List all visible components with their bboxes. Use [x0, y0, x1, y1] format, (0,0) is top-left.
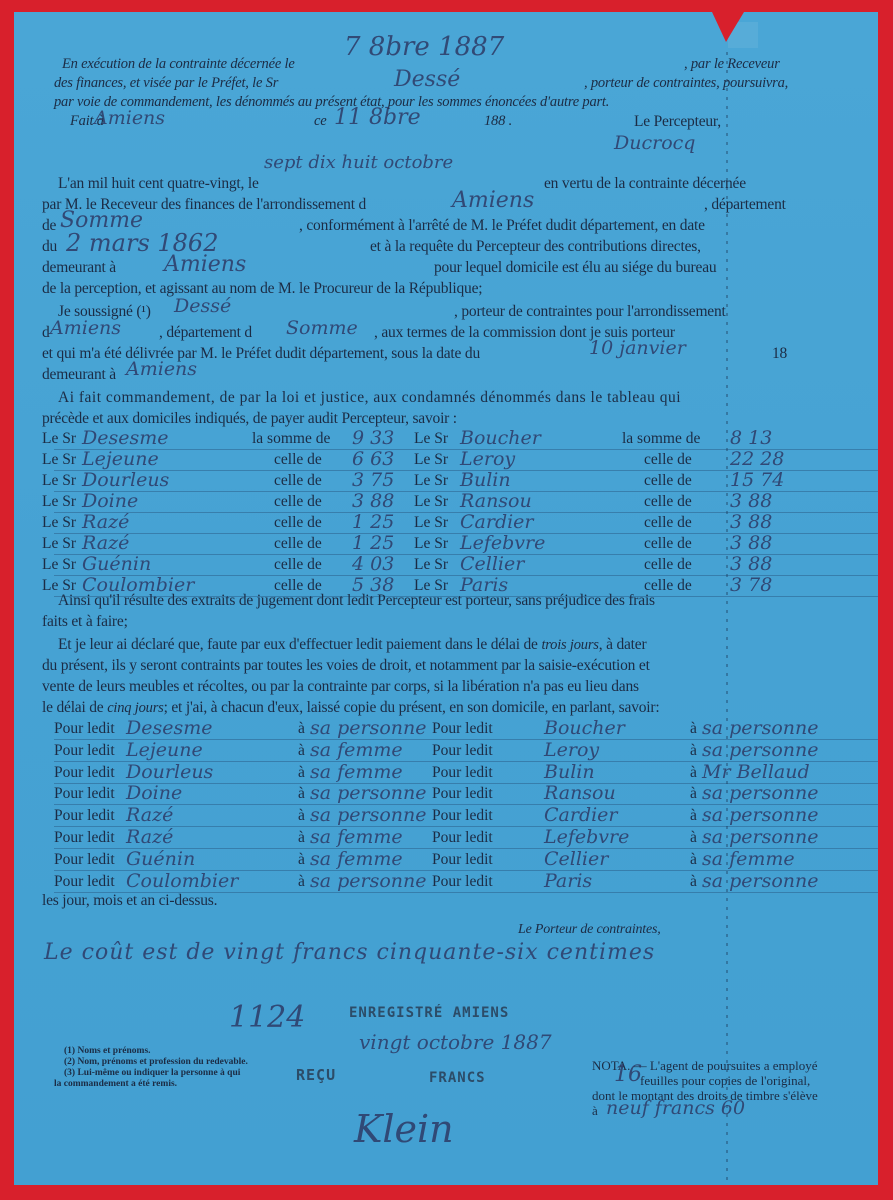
delivery-to-right: sa personne	[702, 870, 819, 892]
p2-line-2-mid: , département d	[159, 324, 252, 342]
debtor-name-left: Razé	[82, 532, 129, 554]
amount-label-right: celle de	[644, 514, 692, 532]
debtor-prefix: Le Sr	[414, 472, 448, 490]
p2-hw-arr: Amiens	[50, 317, 121, 339]
delivery-to-left: sa femme	[310, 826, 403, 848]
debtor-prefix: Le Sr	[42, 430, 76, 448]
header-line-2-end: , porteur de contraintes, poursuivra,	[584, 75, 788, 92]
debtor-amount-right: 3 88	[730, 553, 772, 575]
debtor-amount-left: 3 75	[352, 469, 394, 491]
registration-stamp: ENREGISTRÉ AMIENS	[349, 1005, 509, 1021]
mid-line-3-end: , à dater	[599, 636, 647, 653]
debtor-name-left: Doine	[82, 490, 138, 512]
header-line-1: En exécution de la contrainte décernée l…	[62, 56, 295, 73]
delivery-prefix: Pour ledit	[54, 764, 115, 782]
delivery-name-left: Lejeune	[126, 739, 203, 761]
mid-line-1: Ainsi qu'il résulte des extraits de juge…	[58, 592, 655, 610]
delivery-name-left: Desesme	[126, 717, 212, 739]
amount-label-right: celle de	[644, 451, 692, 469]
nota-amount: neuf francs 60	[606, 1097, 745, 1119]
delivery-to-left: sa personne	[310, 782, 427, 804]
p2-line-1-end: , porteur de contraintes pour l'arrondis…	[454, 303, 726, 321]
delivery-prefix: Pour ledit	[54, 873, 115, 891]
amount-label-left: celle de	[274, 514, 322, 532]
p1-du: du	[42, 238, 57, 256]
document-sheet: En exécution de la contrainte décernée l…	[14, 12, 878, 1185]
delivery-a: à	[298, 807, 305, 825]
p3-line-2: précède et aux domiciles indiqués, de pa…	[42, 410, 457, 428]
delivery-to-left: sa personne	[310, 804, 427, 826]
p1-hw-day: sept dix huit octobre	[264, 152, 453, 173]
delivery-a: à	[690, 873, 697, 891]
receiver-signature: Klein	[354, 1107, 454, 1151]
header-hw-date: 7 8bre 1887	[344, 32, 504, 62]
debtor-prefix: Le Sr	[42, 472, 76, 490]
francs-stamp: FRANCS	[429, 1070, 486, 1086]
delivery-a: à	[690, 764, 697, 782]
debtor-prefix: Le Sr	[414, 556, 448, 574]
debtor-amount-right: 3 88	[730, 532, 772, 554]
mid-line-3-text: Et je leur ai déclaré que, faute par eux…	[58, 636, 538, 653]
debtor-amount-right: 15 74	[730, 469, 784, 491]
header-ce: ce	[314, 113, 326, 130]
debtor-prefix: Le Sr	[42, 514, 76, 532]
mid-line-6-start: le délai de	[42, 699, 104, 716]
delivery-name-left: Coulombier	[126, 870, 238, 892]
debtor-name-right: Cellier	[460, 553, 524, 575]
p1-line-3-end: , conformément à l'arrêté de M. le Préfe…	[299, 217, 705, 235]
mid-line-4: du présent, ils y seront contraints par …	[42, 657, 650, 675]
p1-line-5-end: pour lequel domicile est élu au siége du…	[434, 259, 716, 277]
delivery-to-right: Mr Bellaud	[702, 761, 810, 783]
p2-hw-name: Dessé	[174, 295, 231, 317]
debtor-prefix: Le Sr	[42, 535, 76, 553]
amount-label-right: celle de	[644, 556, 692, 574]
delivery-name-right: Paris	[544, 870, 592, 892]
nota-sheet-count: 16	[614, 1062, 642, 1087]
debtor-amount-right: 8 13	[730, 427, 772, 449]
delivery-a: à	[690, 742, 697, 760]
p2-hw-dep: Somme	[286, 317, 358, 339]
recu-stamp: REÇU	[296, 1066, 336, 1084]
debtor-amount-left: 3 88	[352, 490, 394, 512]
debtor-amount-left: 1 25	[352, 532, 394, 554]
p3-line-1: Ai fait commandement, de par la loi et j…	[58, 389, 681, 407]
p1-hw-arrondissement: Amiens	[452, 188, 534, 213]
debtor-amount-right: 3 88	[730, 511, 772, 533]
debtor-prefix: Le Sr	[414, 535, 448, 553]
header-hw-place: Amiens	[94, 107, 165, 129]
p1-line-6: de la perception, et agissant au nom de …	[42, 280, 482, 298]
debtor-amount-left: 9 33	[352, 427, 394, 449]
delivery-to-right: sa personne	[702, 739, 819, 761]
amount-label-left: la somme de	[252, 430, 330, 448]
delivery-a: à	[298, 764, 305, 782]
header-percepteur: Le Percepteur,	[634, 113, 721, 131]
register-number: 1124	[229, 1000, 305, 1035]
debtor-row: Le SrDoinecelle de3 88Le SrRansoucelle d…	[42, 493, 842, 514]
delivery-name-right: Lefebvre	[544, 826, 629, 848]
mid-line-2: faits et à faire;	[42, 613, 128, 631]
debtor-name-left: Lejeune	[82, 448, 159, 470]
debtor-prefix: Le Sr	[414, 451, 448, 469]
mid-line-3-italic: trois jours	[541, 637, 598, 653]
delivery-a: à	[298, 742, 305, 760]
delivery-prefix: Pour ledit	[432, 720, 493, 738]
debtor-prefix: Le Sr	[42, 451, 76, 469]
delivery-a: à	[298, 720, 305, 738]
delivery-name-left: Doine	[126, 782, 182, 804]
delivery-name-right: Bulin	[544, 761, 595, 783]
debtor-prefix: Le Sr	[414, 493, 448, 511]
mid-line-3: Et je leur ai déclaré que, faute par eux…	[58, 636, 646, 654]
delivery-a: à	[298, 851, 305, 869]
p1-de: de	[42, 217, 56, 235]
delivery-name-right: Leroy	[544, 739, 599, 761]
amount-label-right: celle de	[644, 535, 692, 553]
header-year: 188 .	[484, 113, 512, 130]
delivery-name-left: Guénin	[126, 848, 195, 870]
debtor-name-right: Lefebvre	[460, 532, 545, 554]
delivery-name-right: Boucher	[544, 717, 625, 739]
amount-label-right: la somme de	[622, 430, 700, 448]
debtor-amount-left: 6 63	[352, 448, 394, 470]
header-hw-date2: 11 8bre	[334, 105, 421, 130]
fold-crease	[726, 52, 728, 1182]
delivery-to-left: sa personne	[310, 870, 427, 892]
delivery-to-right: sa personne	[702, 804, 819, 826]
debtor-amount-right: 3 78	[730, 574, 772, 596]
cost-statement: Le coût est de vingt francs cinquante-si…	[44, 940, 655, 965]
debtor-name-right: Ransou	[460, 490, 532, 512]
percepteur-signature: Ducrocq	[614, 132, 695, 154]
delivery-a: à	[298, 873, 305, 891]
p2-line-3: et qui m'a été délivrée par M. le Préfet…	[42, 345, 480, 363]
mid-line-6-end: ; et j'ai, à chacun d'eux, laissé copie …	[164, 699, 660, 716]
torn-corner	[728, 22, 758, 48]
nota-text-1: — L'agent de poursuites a employé	[634, 1058, 818, 1073]
delivery-prefix: Pour ledit	[432, 785, 493, 803]
delivery-to-left: sa femme	[310, 739, 403, 761]
porteur-label: Le Porteur de contraintes,	[518, 922, 661, 938]
debtor-amount-left: 1 25	[352, 511, 394, 533]
delivery-name-left: Razé	[126, 804, 173, 826]
footnotes: (1) Noms et prénoms. (2) Nom, prénoms et…	[54, 1046, 248, 1090]
debtor-name-right: Boucher	[460, 427, 541, 449]
delivery-to-right: sa personne	[702, 717, 819, 739]
delivery-name-right: Cardier	[544, 804, 618, 826]
delivery-closing: les jour, mois et an ci-dessus.	[42, 892, 217, 910]
amount-label-left: celle de	[274, 451, 322, 469]
delivery-row: Pour leditCoulombieràsa personnePour led…	[54, 873, 854, 894]
footnote-3: (3) Lui-même ou indiquer la personne à q…	[54, 1068, 248, 1079]
p1-line-2-end: , département	[704, 196, 786, 214]
delivery-name-right: Ransou	[544, 782, 616, 804]
debtor-name-left: Guénin	[82, 553, 151, 575]
debtor-name-left: Dourleus	[82, 469, 169, 491]
header-line-1-end: , par le Receveur	[684, 56, 780, 73]
p2-year: 18	[772, 345, 787, 363]
debtor-prefix: Le Sr	[42, 493, 76, 511]
debtor-row: Le SrDourleuscelle de3 75Le SrBulincelle…	[42, 472, 842, 493]
delivery-to-left: sa femme	[310, 848, 403, 870]
p2-hw-demeurant: Amiens	[126, 358, 197, 380]
header-line-2: des finances, et visée par le Préfet, le…	[54, 75, 278, 92]
debtor-name-left: Razé	[82, 511, 129, 533]
delivery-a: à	[690, 785, 697, 803]
p1-line-1: L'an mil huit cent quatre-vingt, le	[58, 175, 259, 193]
mid-line-6: le délai de cinq jours; et j'ai, à chacu…	[42, 699, 659, 717]
p1-line-5: demeurant à	[42, 259, 116, 277]
p1-line-1-end: en vertu de la contrainte décernée	[544, 175, 746, 193]
debtor-name-right: Cardier	[460, 511, 534, 533]
debtor-row: Le SrRazécelle de1 25Le SrCardiercelle d…	[42, 514, 842, 535]
delivery-prefix: Pour ledit	[54, 742, 115, 760]
delivery-a: à	[298, 785, 305, 803]
amount-label-left: celle de	[274, 556, 322, 574]
debtor-name-right: Leroy	[460, 448, 515, 470]
delivery-prefix: Pour ledit	[54, 785, 115, 803]
delivery-prefix: Pour ledit	[432, 829, 493, 847]
amount-label-left: celle de	[274, 535, 322, 553]
debtor-prefix: Le Sr	[42, 556, 76, 574]
delivery-prefix: Pour ledit	[54, 807, 115, 825]
debtor-name-left: Desesme	[82, 427, 168, 449]
debtor-row: Le SrDesesmela somme de9 33Le SrBoucherl…	[42, 430, 842, 451]
delivery-a: à	[298, 829, 305, 847]
delivery-a: à	[690, 829, 697, 847]
delivery-name-left: Razé	[126, 826, 173, 848]
amount-label-left: celle de	[274, 493, 322, 511]
delivery-a: à	[690, 807, 697, 825]
delivery-to-left: sa femme	[310, 761, 403, 783]
delivery-to-right: sa personne	[702, 782, 819, 804]
footnote-1: (1) Noms et prénoms.	[54, 1046, 248, 1057]
delivery-name-right: Cellier	[544, 848, 608, 870]
delivery-prefix: Pour ledit	[432, 807, 493, 825]
delivery-prefix: Pour ledit	[432, 873, 493, 891]
delivery-name-left: Dourleus	[126, 761, 213, 783]
debtor-prefix: Le Sr	[414, 430, 448, 448]
footnote-2: (2) Nom, prénoms et profession du redeva…	[54, 1057, 248, 1068]
delivery-prefix: Pour ledit	[432, 851, 493, 869]
header-hw-porteur: Dessé	[394, 67, 460, 92]
amount-label-left: celle de	[274, 472, 322, 490]
delivery-prefix: Pour ledit	[54, 720, 115, 738]
mid-line-5: vente de leurs meubles et récoltes, ou p…	[42, 678, 639, 696]
p1-hw-demeurant: Amiens	[164, 252, 246, 277]
delivery-a: à	[690, 720, 697, 738]
footnote-4: la commandement a été remis.	[54, 1079, 248, 1090]
delivery-prefix: Pour ledit	[54, 829, 115, 847]
amount-label-right: celle de	[644, 472, 692, 490]
delivery-prefix: Pour ledit	[432, 764, 493, 782]
delivery-prefix: Pour ledit	[54, 851, 115, 869]
p2-d: d	[42, 324, 50, 342]
delivery-prefix: Pour ledit	[432, 742, 493, 760]
delivery-a: à	[690, 851, 697, 869]
debtor-amount-left: 4 03	[352, 553, 394, 575]
delivery-to-left: sa personne	[310, 717, 427, 739]
p1-line-4-end: et à la requête du Percepteur des contri…	[370, 238, 701, 256]
delivery-to-right: sa femme	[702, 848, 795, 870]
debtor-amount-right: 22 28	[730, 448, 784, 470]
debtor-name-right: Bulin	[460, 469, 511, 491]
amount-label-right: celle de	[644, 493, 692, 511]
debtor-prefix: Le Sr	[414, 514, 448, 532]
registration-date: vingt octobre 1887	[359, 1030, 552, 1054]
debtor-amount-right: 3 88	[730, 490, 772, 512]
delivery-to-right: sa personne	[702, 826, 819, 848]
p2-line-4: demeurant à	[42, 366, 116, 384]
mid-line-6-italic: cinq jours	[107, 700, 163, 716]
debtor-row: Le SrRazécelle de1 25Le SrLefebvrecelle …	[42, 535, 842, 556]
p2-hw-commission-date: 10 janvier	[589, 337, 686, 359]
